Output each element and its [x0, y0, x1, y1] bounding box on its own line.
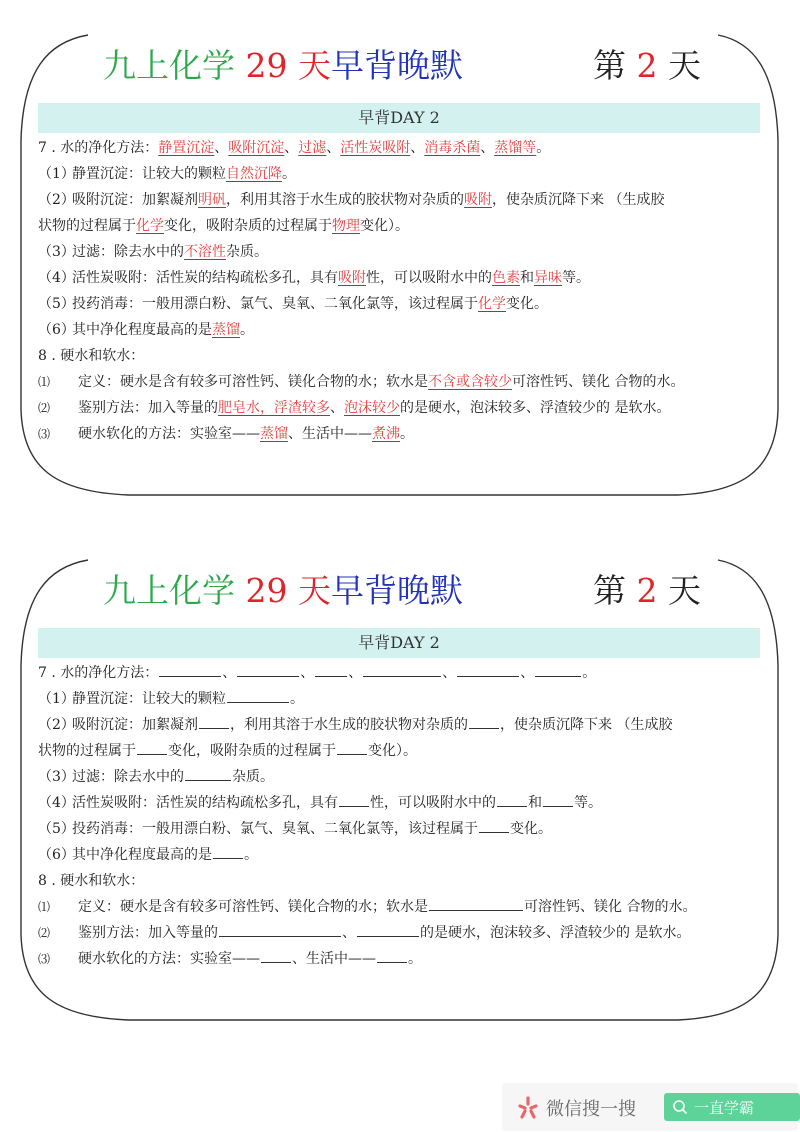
- text: 性，可以吸附水中的: [370, 795, 496, 811]
- blank[interactable]: [457, 661, 519, 677]
- text: 和: [528, 795, 542, 811]
- item-number: （2）: [38, 712, 72, 738]
- text: ，使杂质沉降下来 （生成胶: [500, 717, 672, 733]
- text: 静置沉淀：让较大的颗粒: [72, 166, 226, 182]
- text: 、: [330, 400, 344, 416]
- answer: 泡沫较少: [344, 400, 400, 416]
- sep: 、: [480, 140, 494, 156]
- text: 静置沉淀：让较大的颗粒: [72, 691, 226, 707]
- answer: 过滤: [298, 140, 326, 156]
- day-suffix: 天: [668, 46, 701, 85]
- text: 。: [400, 426, 414, 442]
- item-number: （3）: [38, 239, 72, 265]
- answer: 化学: [478, 296, 506, 312]
- s6-line: （6）其中净化程度最高的是。: [38, 842, 768, 868]
- q8-title: 8 . 硬水和软水：: [38, 868, 768, 894]
- q7-line: 7 . 水的净化方法：静置沉淀、吸附沉淀、过滤、活性炭吸附、消毒杀菌、蒸馏等。: [38, 135, 768, 161]
- text: 可溶性钙、镁化 合物的水。: [512, 374, 684, 390]
- item-number: （1）: [38, 161, 72, 187]
- text: 过滤：除去水中的: [72, 769, 184, 785]
- item-number: ⑶: [38, 421, 78, 447]
- day-prefix: 第: [593, 571, 626, 610]
- wechat-search-badge[interactable]: 微信搜一搜 一直学霸: [502, 1083, 798, 1131]
- blank[interactable]: [357, 921, 419, 937]
- search-text: 一直学霸: [694, 1097, 754, 1118]
- sep: 、: [284, 140, 298, 156]
- answer: 吸附: [338, 270, 366, 286]
- item-number: （6）: [38, 317, 72, 343]
- s3-line: （3）过滤：除去水中的不溶性杂质。: [38, 239, 768, 265]
- s2-line: （2）吸附沉淀：加絮凝剂明矾，利用其溶于水生成的胶状物对杂质的吸附，使杂质沉降下…: [38, 187, 768, 213]
- text: 等。: [574, 795, 602, 811]
- text: 过滤：除去水中的: [72, 244, 184, 260]
- answer: 不溶性: [184, 244, 226, 260]
- section-band: 早背DAY 2: [38, 628, 760, 658]
- page-title: 九上化学 29 天早背晚默: [103, 40, 463, 87]
- item-number: ⑵: [38, 920, 78, 946]
- wechat-search-icon: [516, 1095, 540, 1119]
- text: 硬水软化的方法：实验室——: [78, 951, 260, 967]
- title-part-slogan: 早背晚默: [331, 571, 463, 610]
- q7-prefix: 7 . 水的净化方法：: [38, 140, 158, 156]
- item-number: （6）: [38, 842, 72, 868]
- title-part-days: 29 天: [246, 571, 331, 610]
- text: ，利用其溶于水生成的胶状物对杂质的: [226, 192, 464, 208]
- blank[interactable]: [199, 713, 229, 729]
- card-answers: 九上化学 29 天早背晚默 第 2 天 早背DAY 2 7 . 水的净化方法：静…: [18, 30, 782, 500]
- day-suffix: 天: [668, 571, 701, 610]
- text: 杂质。: [232, 769, 274, 785]
- s1-line: （1）静置沉淀：让较大的颗粒。: [38, 686, 768, 712]
- text: 定义：硬水是含有较多可溶性钙、镁化合物的水；软水是: [78, 899, 428, 915]
- title-row: 九上化学 29 天早背晚默 第 2 天: [18, 555, 782, 613]
- blank[interactable]: [185, 765, 231, 781]
- item-number: ⑶: [38, 946, 78, 972]
- text: 变化。: [506, 296, 548, 312]
- answer: 物理: [332, 218, 360, 234]
- item-number: （5）: [38, 291, 72, 317]
- text: 。: [244, 847, 258, 863]
- text: 的是硬水，泡沫较多、浮渣较少的 是软水。: [400, 400, 670, 416]
- sep: 、: [214, 140, 228, 156]
- answer: 蒸馏: [212, 322, 240, 338]
- s5-line: （5）投药消毒：一般用漂白粉、氯气、臭氧、二氧化氯等，该过程属于化学变化。: [38, 291, 768, 317]
- sep: 、: [222, 665, 236, 681]
- sep: 、: [300, 665, 314, 681]
- blank[interactable]: [535, 661, 581, 677]
- content-answers: 7 . 水的净化方法：静置沉淀、吸附沉淀、过滤、活性炭吸附、消毒杀菌、蒸馏等。 …: [38, 135, 768, 447]
- answer: 消毒杀菌: [424, 140, 480, 156]
- item-number: （3）: [38, 764, 72, 790]
- answer: 明矾: [198, 192, 226, 208]
- text: ，使杂质沉降下来 （生成胶: [492, 192, 664, 208]
- s4-line: （4）活性炭吸附：活性炭的结构疏松多孔，具有性，可以吸附水中的和等。: [38, 790, 768, 816]
- item-number: ⑴: [38, 369, 78, 395]
- item-number: （4）: [38, 265, 72, 291]
- blank[interactable]: [497, 791, 527, 807]
- end: 。: [536, 140, 550, 156]
- text: 吸附沉淀：加絮凝剂: [72, 192, 198, 208]
- h1-line: ⑴定义：硬水是含有较多可溶性钙、镁化合物的水；软水是可溶性钙、镁化 合物的水。: [38, 894, 768, 920]
- search-button[interactable]: 一直学霸: [664, 1093, 800, 1121]
- blank[interactable]: [339, 791, 369, 807]
- s1-line: （1）静置沉淀：让较大的颗粒自然沉降。: [38, 161, 768, 187]
- text: 状物的过程属于: [38, 218, 136, 234]
- page-title: 九上化学 29 天早背晚默: [103, 565, 463, 612]
- title-part-subject: 九上化学: [103, 46, 235, 85]
- blank[interactable]: [337, 739, 367, 755]
- text: 活性炭吸附：活性炭的结构疏松多孔，具有: [72, 270, 338, 286]
- h1-line: ⑴定义：硬水是含有较多可溶性钙、镁化合物的水；软水是不含或含较少可溶性钙、镁化 …: [38, 369, 768, 395]
- blank[interactable]: [137, 739, 167, 755]
- h3-line: ⑶硬水软化的方法：实验室——、生活中——。: [38, 946, 768, 972]
- text: 吸附沉淀：加絮凝剂: [72, 717, 198, 733]
- s6-line: （6）其中净化程度最高的是蒸馏。: [38, 317, 768, 343]
- sep: 、: [442, 665, 456, 681]
- text: 和: [520, 270, 534, 286]
- blank[interactable]: [469, 713, 499, 729]
- text: 变化。: [510, 821, 552, 837]
- wechat-search-label: 微信搜一搜: [546, 1095, 636, 1121]
- blank[interactable]: [227, 687, 289, 703]
- blank[interactable]: [315, 661, 347, 677]
- text: 的是硬水，泡沫较多、浮渣较少的 是软水。: [420, 925, 690, 941]
- day-number: 2: [637, 46, 658, 85]
- text: 其中净化程度最高的是: [72, 322, 212, 338]
- item-number: （5）: [38, 816, 72, 842]
- text: 。: [290, 691, 304, 707]
- text: 可溶性钙、镁化 合物的水。: [524, 899, 696, 915]
- s2-line: （2）吸附沉淀：加絮凝剂，利用其溶于水生成的胶状物对杂质的，使杂质沉降下来 （生…: [38, 712, 768, 738]
- blank[interactable]: [377, 947, 407, 963]
- text: 杂质。: [226, 244, 268, 260]
- text: 硬水软化的方法：实验室——: [78, 426, 260, 442]
- item-number: （2）: [38, 187, 72, 213]
- q7-line: 7 . 水的净化方法：、、、、、。: [38, 660, 768, 686]
- item-number: ⑵: [38, 395, 78, 421]
- blank[interactable]: [237, 661, 299, 677]
- text: 、生活中——: [288, 426, 372, 442]
- text: ，利用其溶于水生成的胶状物对杂质的: [230, 717, 468, 733]
- title-row: 九上化学 29 天早背晚默 第 2 天: [18, 30, 782, 88]
- text: 变化）。: [360, 218, 409, 234]
- day-label: 第 2 天: [593, 40, 701, 87]
- text: 鉴别方法：加入等量的: [78, 400, 218, 416]
- text: 等。: [562, 270, 590, 286]
- s3-line: （3）过滤：除去水中的杂质。: [38, 764, 768, 790]
- answer: 异味: [534, 270, 562, 286]
- h3-line: ⑶硬水软化的方法：实验室——蒸馏、生活中——煮沸。: [38, 421, 768, 447]
- blank[interactable]: [479, 817, 509, 833]
- blank[interactable]: [213, 843, 243, 859]
- sep: 、: [326, 140, 340, 156]
- text: 其中净化程度最高的是: [72, 847, 212, 863]
- content-blanks: 7 . 水的净化方法：、、、、、。 （1）静置沉淀：让较大的颗粒。 （2）吸附沉…: [38, 660, 768, 972]
- day-number: 2: [637, 571, 658, 610]
- h2-line: ⑵鉴别方法：加入等量的、的是硬水，泡沫较多、浮渣较少的 是软水。: [38, 920, 768, 946]
- card-blanks: 九上化学 29 天早背晚默 第 2 天 早背DAY 2 7 . 水的净化方法：、…: [18, 555, 782, 1025]
- text: 。: [282, 166, 296, 182]
- text: 变化）。: [368, 743, 417, 759]
- end: 。: [582, 665, 596, 681]
- sep: 、: [410, 140, 424, 156]
- text: 投药消毒：一般用漂白粉、氯气、臭氧、二氧化氯等，该过程属于: [72, 296, 478, 312]
- answer: 吸附: [464, 192, 492, 208]
- s2-line-cont: 状物的过程属于化学变化，吸附杂质的过程属于物理变化）。: [38, 213, 768, 239]
- text: 鉴别方法：加入等量的: [78, 925, 218, 941]
- section-band: 早背DAY 2: [38, 103, 760, 133]
- day-label: 第 2 天: [593, 565, 701, 612]
- answer: 不含或含较少: [428, 374, 512, 390]
- s4-line: （4）活性炭吸附：活性炭的结构疏松多孔，具有吸附性，可以吸附水中的色素和异味等。: [38, 265, 768, 291]
- text: 。: [408, 951, 422, 967]
- answer: 色素: [492, 270, 520, 286]
- blank[interactable]: [261, 947, 291, 963]
- answer: 吸附沉淀: [228, 140, 284, 156]
- text: 变化，吸附杂质的过程属于: [168, 743, 336, 759]
- q8-title: 8 . 硬水和软水：: [38, 343, 768, 369]
- blank[interactable]: [363, 661, 441, 677]
- blank[interactable]: [159, 661, 221, 677]
- sep: 、: [520, 665, 534, 681]
- blank[interactable]: [219, 921, 341, 937]
- item-number: ⑴: [38, 894, 78, 920]
- item-number: （1）: [38, 686, 72, 712]
- text: 。: [240, 322, 254, 338]
- blank[interactable]: [543, 791, 573, 807]
- text: 、生活中——: [292, 951, 376, 967]
- text: 性，可以吸附水中的: [366, 270, 492, 286]
- day-prefix: 第: [593, 46, 626, 85]
- text: 状物的过程属于: [38, 743, 136, 759]
- text: 变化，吸附杂质的过程属于: [164, 218, 332, 234]
- answer: 蒸馏等: [494, 140, 536, 156]
- title-part-slogan: 早背晚默: [331, 46, 463, 85]
- answer: 化学: [136, 218, 164, 234]
- answer: 自然沉降: [226, 166, 282, 182]
- search-icon: [672, 1099, 688, 1115]
- q7-prefix: 7 . 水的净化方法：: [38, 665, 158, 681]
- s2-line-cont: 状物的过程属于变化，吸附杂质的过程属于变化）。: [38, 738, 768, 764]
- text: 活性炭吸附：活性炭的结构疏松多孔，具有: [72, 795, 338, 811]
- answer: 活性炭吸附: [340, 140, 410, 156]
- h2-line: ⑵鉴别方法：加入等量的肥皂水，浮渣较多、泡沫较少的是硬水，泡沫较多、浮渣较少的 …: [38, 395, 768, 421]
- answer: 静置沉淀: [158, 140, 214, 156]
- title-part-subject: 九上化学: [103, 571, 235, 610]
- text: 定义：硬水是含有较多可溶性钙、镁化合物的水；软水是: [78, 374, 428, 390]
- answer: 肥皂水，浮渣较多: [218, 400, 330, 416]
- title-part-days: 29 天: [246, 46, 331, 85]
- sep: 、: [348, 665, 362, 681]
- text: 、: [342, 925, 356, 941]
- s5-line: （5）投药消毒：一般用漂白粉、氯气、臭氧、二氧化氯等，该过程属于变化。: [38, 816, 768, 842]
- blank[interactable]: [429, 895, 523, 911]
- answer: 煮沸: [372, 426, 400, 442]
- text: 投药消毒：一般用漂白粉、氯气、臭氧、二氧化氯等，该过程属于: [72, 821, 478, 837]
- item-number: （4）: [38, 790, 72, 816]
- answer: 蒸馏: [260, 426, 288, 442]
